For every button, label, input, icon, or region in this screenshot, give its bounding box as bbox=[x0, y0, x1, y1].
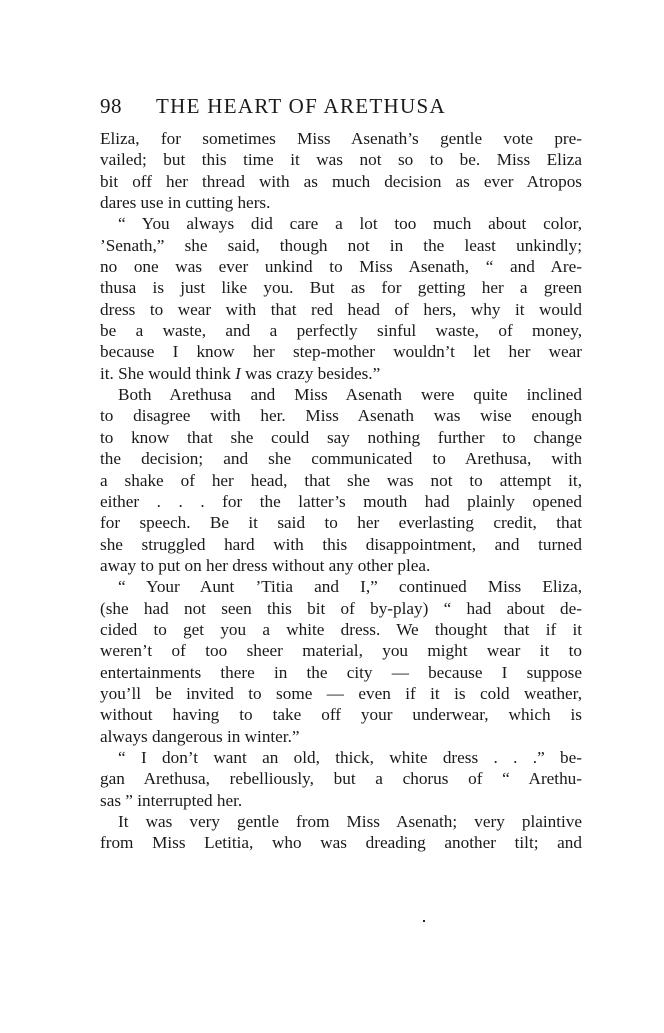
text-line: “ I don’t want an old, thick, white dres… bbox=[100, 747, 582, 768]
text-line: she struggled hard with this disappointm… bbox=[100, 534, 582, 555]
paragraph: Both Arethusa and Miss Asenath were quit… bbox=[100, 384, 582, 576]
paragraph: “ Your Aunt ’Titia and I,” continued Mis… bbox=[100, 576, 582, 747]
text-line: without having to take off your underwea… bbox=[100, 704, 582, 725]
text-line: to disagree with her. Miss Asenath was w… bbox=[100, 405, 582, 426]
page-number: 98 bbox=[100, 94, 156, 119]
text-line: cided to get you a white dress. We thoug… bbox=[100, 619, 582, 640]
text-line: for speech. Be it said to her everlastin… bbox=[100, 512, 582, 533]
text-line: the decision; and she communicated to Ar… bbox=[100, 448, 582, 469]
text-line: be a waste, and a perfectly sinful waste… bbox=[100, 320, 582, 341]
text-line: (she had not seen this bit of by-play) “… bbox=[100, 598, 582, 619]
body-text: Eliza, for sometimes Miss Asenath’s gent… bbox=[100, 128, 582, 854]
text-line: dress to wear with that red head of hers… bbox=[100, 299, 582, 320]
italic-emphasis: I bbox=[235, 364, 241, 383]
text-line: a shake of her head, that she was not to… bbox=[100, 470, 582, 491]
text-line: It was very gentle from Miss Asenath; ve… bbox=[100, 811, 582, 832]
text-line: vailed; but this time it was not so to b… bbox=[100, 149, 582, 170]
text-line: no one was ever unkind to Miss Asenath, … bbox=[100, 256, 582, 277]
text-line: always dangerous in winter.” bbox=[100, 726, 582, 747]
text-line: “ You always did care a lot too much abo… bbox=[100, 213, 582, 234]
paragraph: Eliza, for sometimes Miss Asenath’s gent… bbox=[100, 128, 582, 213]
book-page: 98 THE HEART OF ARETHUSA Eliza, for some… bbox=[100, 94, 582, 854]
book-title: THE HEART OF ARETHUSA bbox=[156, 94, 446, 119]
text-line: you’ll be invited to some — even if it i… bbox=[100, 683, 582, 704]
text-line-with-italic: it. She would think I was crazy besides.… bbox=[100, 363, 582, 384]
text-line: Eliza, for sometimes Miss Asenath’s gent… bbox=[100, 128, 582, 149]
paragraph: “ I don’t want an old, thick, white dres… bbox=[100, 747, 582, 811]
text-line: Both Arethusa and Miss Asenath were quit… bbox=[100, 384, 582, 405]
paragraph: It was very gentle from Miss Asenath; ve… bbox=[100, 811, 582, 854]
running-head: 98 THE HEART OF ARETHUSA bbox=[100, 94, 582, 128]
print-speck bbox=[423, 920, 425, 922]
text-line: gan Arethusa, rebelliously, but a chorus… bbox=[100, 768, 582, 789]
text-line: weren’t of too sheer material, you might… bbox=[100, 640, 582, 661]
text-line: to know that she could say nothing furth… bbox=[100, 427, 582, 448]
text-line: “ Your Aunt ’Titia and I,” continued Mis… bbox=[100, 576, 582, 597]
text-line: because I know her step-mother wouldn’t … bbox=[100, 341, 582, 362]
text-line: dares use in cutting hers. bbox=[100, 192, 582, 213]
text-line: bit off her thread with as much decision… bbox=[100, 171, 582, 192]
text-line: ’Senath,” she said, though not in the le… bbox=[100, 235, 582, 256]
text-line: away to put on her dress without any oth… bbox=[100, 555, 582, 576]
text-line: entertainments there in the city — becau… bbox=[100, 662, 582, 683]
text-line: sas ” interrupted her. bbox=[100, 790, 582, 811]
text-line: either . . . for the latter’s mouth had … bbox=[100, 491, 582, 512]
text-line: thusa is just like you. But as for getti… bbox=[100, 277, 582, 298]
text-line: from Miss Letitia, who was dreading anot… bbox=[100, 832, 582, 853]
paragraph: “ You always did care a lot too much abo… bbox=[100, 213, 582, 384]
